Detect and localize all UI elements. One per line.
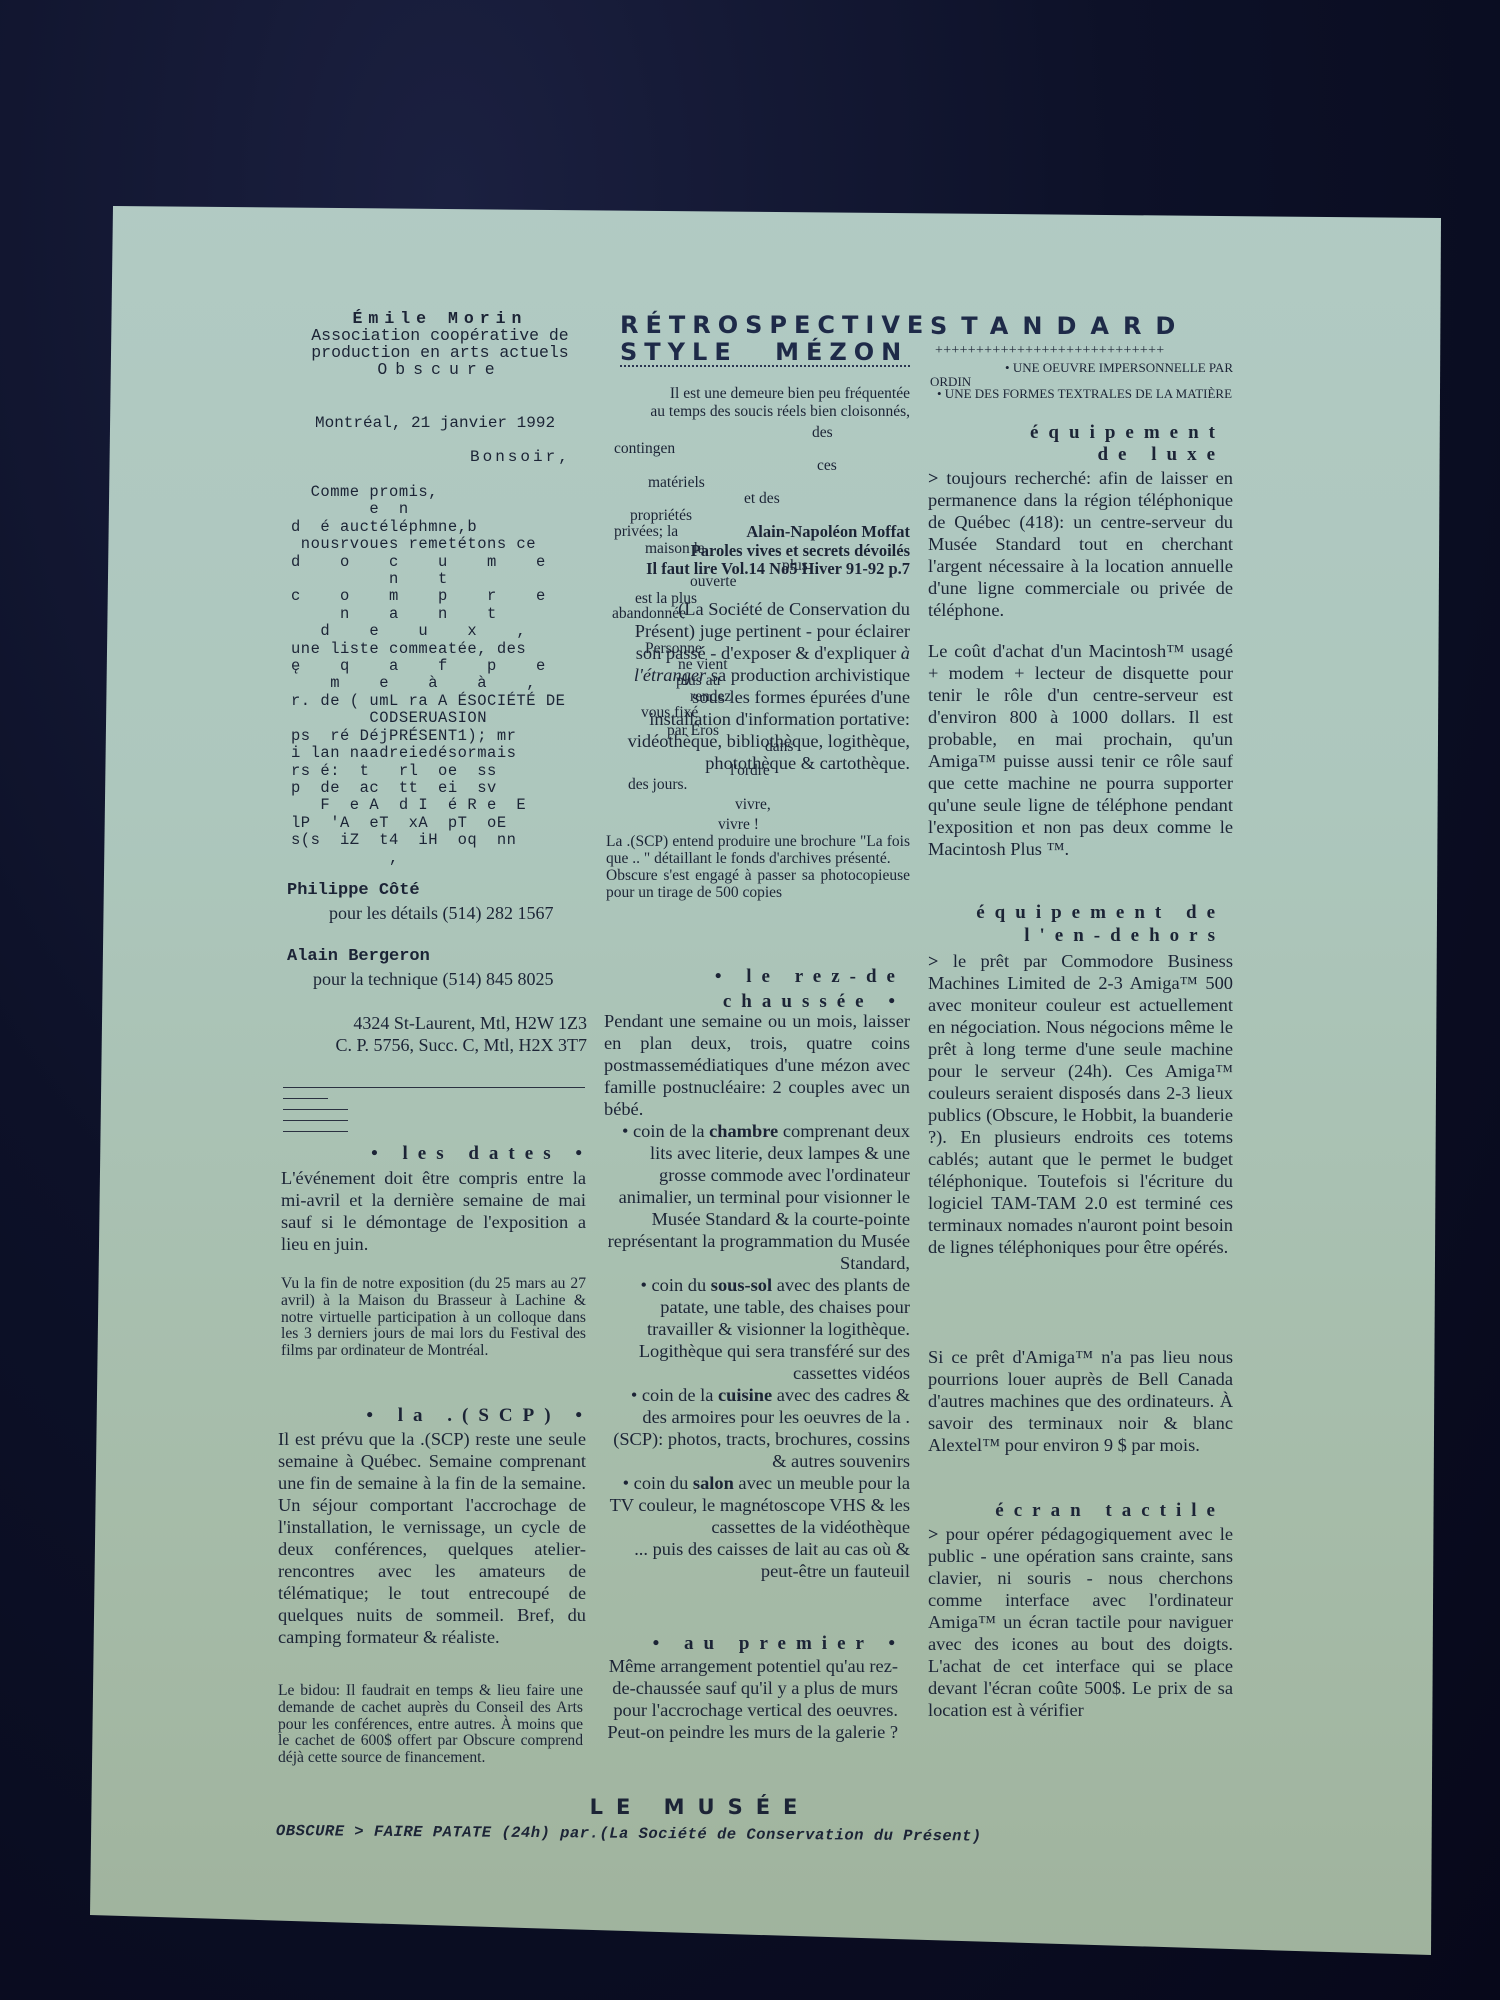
moffat-title: Paroles vives et secrets dévoilés (640, 542, 910, 561)
poem-fragment: vivre ! (718, 816, 759, 834)
mac-body: Le coût d'achat d'un Macintosh™ usagé + … (928, 640, 1233, 860)
overprinted-letter-text: Comme promis, e n d é auctéléphmne,b nou… (291, 484, 611, 867)
dotted-rule (620, 365, 910, 367)
arrow-icon: > (928, 1524, 938, 1544)
room-name: sous-sol (711, 1275, 772, 1295)
paper-sheet: Émile Morin Association coopérative de p… (0, 0, 1500, 2000)
rooms-tail: ... puis des caisses de lait au cas où &… (604, 1538, 910, 1582)
dehors-body: > le prêt par Commodore Business Machine… (928, 950, 1233, 1258)
address-line-1: 4324 St-Laurent, Mtl, H2W 1Z3 (290, 1012, 587, 1034)
ecran-body: > pour opérer pédagogiquement avec le pu… (928, 1523, 1233, 1721)
rez-intro: Pendant une semaine ou un mois, laisser … (604, 1010, 910, 1120)
arrow-icon: > (928, 951, 938, 971)
luxe-title-2: de luxe (940, 444, 1225, 466)
photocopy-line: Obscure s'est engagé à passer sa photoco… (606, 867, 910, 901)
contact-2: Alain Bergeron pour la technique (514) 8… (287, 946, 553, 990)
room-item: • coin de la cuisine avec des cadres & d… (604, 1384, 910, 1472)
retrospective-title: RÉTROSPECTIVE STYLE MÉZON (620, 312, 930, 366)
sender-name: Émile Morin (290, 310, 590, 327)
dates-note: Vu la fin de notre exposition (du 25 mar… (281, 1276, 586, 1360)
moffat-reference: Alain-Napoléon Moffat Paroles vives et s… (640, 523, 910, 579)
moffat-author: Alain-Napoléon Moffat (640, 523, 910, 542)
room-item: • coin du sous-sol avec des plants de pa… (604, 1274, 910, 1384)
luxe-title: équipement de luxe (940, 422, 1225, 466)
rule (283, 1109, 348, 1110)
address: 4324 St-Laurent, Mtl, H2W 1Z3 C. P. 5756… (290, 1012, 587, 1056)
luxe-body: > toujours recherché: afin de laisser en… (928, 467, 1233, 621)
room-name: salon (693, 1473, 734, 1493)
tagline-1: • UNE OEUVRE IMPERSONNELLE PAR (930, 360, 1233, 376)
footer-title: LE MUSÉE (560, 1795, 840, 1819)
poem-fragment: matériels (648, 474, 705, 492)
contact-1: Philippe Côté pour les détails (514) 282… (287, 880, 553, 924)
rez-de-chaussee-content: Pendant une semaine ou un mois, laisser … (604, 1010, 910, 1582)
luxe-title-1: équipement (940, 422, 1225, 444)
premier-body: Même arrangement potentiel qu'au rez-de-… (602, 1655, 898, 1743)
org-line-2: production en arts actuels (290, 344, 590, 361)
plus-rule: ++++++++++++++++++++++++++++ (935, 343, 1164, 359)
brochure-note: La .(SCP) entend produire une brochure "… (606, 833, 910, 901)
dehors-text: le prêt par Commodore Business Machines … (928, 951, 1233, 1257)
intro-text: Il est une demeure bien peu fréquentée a… (615, 385, 910, 421)
contact-name: Philippe Côté (287, 880, 553, 902)
greeting: Bonsoir, (470, 448, 571, 466)
rule (283, 1087, 585, 1088)
rule (283, 1120, 348, 1121)
dehors-title-2: l'en-dehors (940, 924, 1225, 947)
poem-fragment: des (812, 424, 833, 442)
brochure-line: La .(SCP) entend produire une brochure "… (606, 833, 910, 867)
bell-body: Si ce prêt d'Amiga™ n'a pas lieu nous po… (928, 1346, 1233, 1456)
rez-title-1: • le rez-de (640, 964, 905, 989)
luxe-text: toujours recherché: afin de laisser en p… (928, 468, 1233, 620)
room-name: cuisine (718, 1385, 772, 1405)
poem-fragment: et des (744, 490, 780, 508)
scp-title: • la .(SCP) • (330, 1405, 592, 1427)
org-line-3: Obscure (290, 361, 590, 378)
address-line-2: C. P. 5756, Succ. C, Mtl, H2X 3T7 (290, 1034, 587, 1056)
poem-fragment: ces (817, 457, 837, 475)
poem-fragment: vivre, (735, 796, 771, 814)
contact-name: Alain Bergeron (287, 946, 553, 968)
scp-body: Il est prévu que la .(SCP) reste une seu… (278, 1428, 586, 1648)
premier-title: • au premier • (620, 1633, 905, 1655)
org-line-1: Association coopérative de (290, 327, 590, 344)
poem-fragment: des jours. (628, 776, 687, 794)
standard-title: STANDARD (930, 312, 1189, 340)
title-line-2: STYLE MÉZON (620, 339, 930, 366)
room-item: • coin de la chambre comprenant deux lit… (604, 1120, 910, 1274)
intro-line-2: au temps des soucis réels bien cloisonné… (615, 403, 910, 421)
moffat-citation: Il faut lire Vol.14 No5 Hiver 91-92 p.7 (640, 560, 910, 579)
intro-line-1: Il est une demeure bien peu fréquentée (615, 385, 910, 403)
dehors-title-1: équipement de (940, 901, 1225, 924)
room-name: chambre (709, 1121, 778, 1141)
ecran-text: pour opérer pédagogiquement avec le publ… (928, 1524, 1233, 1720)
dates-title: • les dates • (330, 1143, 592, 1165)
letter-date: Montréal, 21 janvier 1992 (315, 414, 555, 432)
poem-fragment: contingen (614, 440, 675, 458)
dates-body: L'événement doit être compris entre la m… (281, 1167, 586, 1255)
dehors-title: équipement de l'en-dehors (940, 901, 1225, 947)
room-item: • coin du salon avec un meuble pour la T… (604, 1472, 910, 1538)
letterhead: Émile Morin Association coopérative de p… (290, 310, 590, 378)
arrow-icon: > (928, 468, 938, 488)
tagline-2: • UNE DES FORMES TEXTRALES DE LA MATIÈRE (937, 386, 1232, 402)
ecran-title: écran tactile (940, 1500, 1225, 1522)
footer-line: OBSCURE > FAIRE PATATE (24h) par.(La Soc… (276, 1822, 982, 1846)
contact-detail: pour les détails (514) 282 1567 (287, 902, 553, 924)
scp-note: Le bidou: Il faudrait en temps & lieu fa… (278, 1683, 583, 1767)
decorative-rules (283, 1087, 585, 1142)
contact-detail: pour la technique (514) 845 8025 (287, 968, 553, 990)
rule (283, 1131, 348, 1132)
rule (283, 1098, 328, 1099)
scp-intro-text: (La Société de Conservation du Présent) … (635, 599, 910, 663)
scp-intro: (La Société de Conservation du Présent) … (615, 598, 910, 774)
rez-title: • le rez-de chaussée • (640, 964, 905, 1014)
title-line-1: RÉTROSPECTIVE (620, 312, 930, 339)
